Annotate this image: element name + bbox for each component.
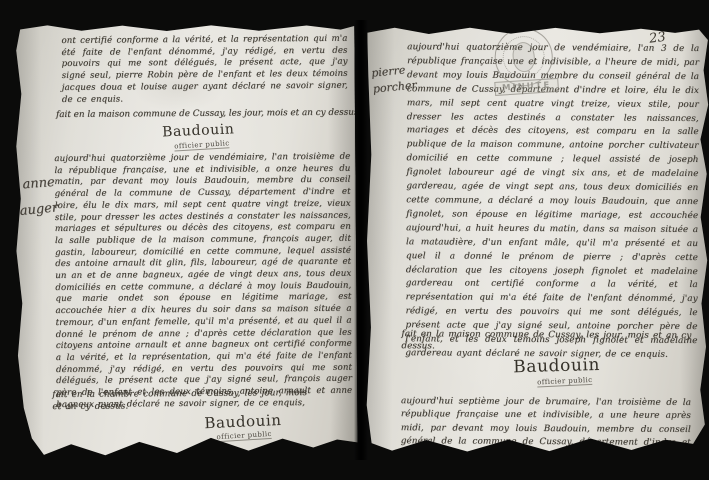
signature-title: officier public: [216, 430, 272, 442]
right-page: 23 pierre porcher aujourd'hui quatorzièm…: [365, 25, 709, 459]
register-photo: ont certifié conforme a la vérité, et la…: [0, 0, 709, 480]
prev-act-signature-title: officier public: [174, 139, 230, 151]
prev-act-signature-name: Baudouin: [162, 121, 235, 140]
signature-name: Baudouin: [513, 355, 600, 377]
prev-act-closing-line: fait en la maison commune de Cussay, les…: [56, 108, 361, 120]
margin-note-child-surname: auger: [19, 200, 59, 219]
next-act-opening-paragraph: aujourd'hui septième jour de brumaire, l…: [401, 395, 691, 464]
paraph-flourish-icon: [505, 448, 605, 469]
margin-note-child-firstname: anne: [22, 175, 55, 192]
binding-gutter: [354, 20, 368, 460]
prev-act-certification-paragraph: ont certifié conforme a la vérité, et la…: [61, 34, 348, 106]
signature-title: officier public: [537, 376, 593, 388]
birth-act-anne-paragraph: aujourd'hui quatorzième jour de vendémia…: [54, 152, 352, 412]
stamp-inner-ring-icon: [501, 34, 547, 80]
stamp-emblem-icon: [511, 41, 536, 73]
closing-line: fait en la maison commune de Cussay, les…: [401, 329, 691, 354]
closing-line: fait en la chambre commune de Cussay, le…: [52, 388, 318, 413]
registry-stamp: MINUTE: [492, 25, 559, 97]
left-page: ont certifié conforme a la vérité, et la…: [13, 22, 357, 461]
